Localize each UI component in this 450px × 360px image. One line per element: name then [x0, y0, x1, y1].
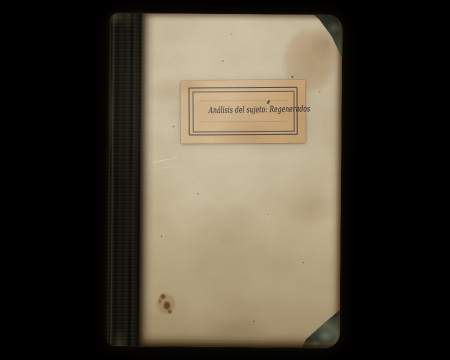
page-block-bottom-edge [139, 338, 340, 348]
scuff-mark [152, 157, 178, 163]
ink-mark [267, 99, 270, 103]
cover-specks [139, 13, 343, 348]
spine-hinge-groove [138, 13, 156, 346]
corner-patch-bottom-right [301, 309, 341, 348]
ink-mark [291, 76, 293, 78]
label-frame-inner: Análisis del sujeto: Regenerados [192, 90, 294, 132]
title-label: Análisis del sujeto: Regenerados [180, 80, 305, 144]
label-rule-line [199, 99, 287, 101]
notebook: Análisis del sujeto: Regenerados [107, 13, 343, 348]
corner-patch-top-right [312, 14, 342, 60]
book-cover: Análisis del sujeto: Regenerados [139, 13, 343, 348]
label-rule-line [199, 120, 287, 122]
label-text: Análisis del sujeto: Regenerados [208, 106, 278, 116]
photo-background: Análisis del sujeto: Regenerados [0, 0, 450, 360]
page-block-right-edge [335, 15, 343, 348]
cover-stains [139, 13, 343, 348]
scuff-mark [159, 165, 179, 169]
label-frame: Análisis del sujeto: Regenerados [188, 87, 297, 136]
ink-splash-stain [151, 285, 183, 321]
